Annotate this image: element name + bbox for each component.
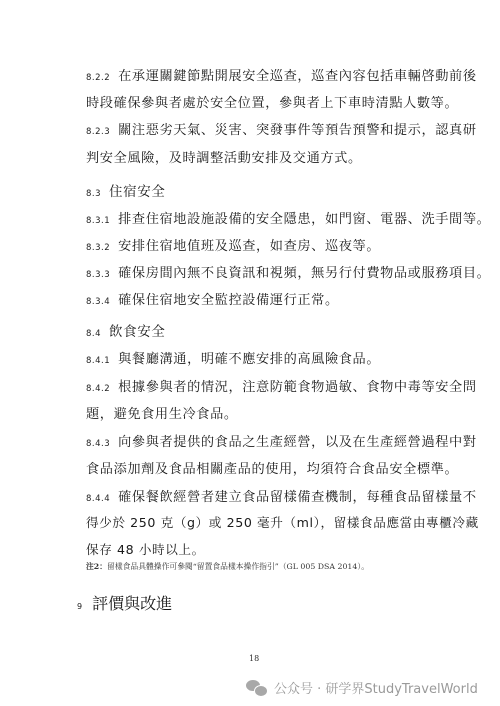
clause-8-4-1: 8.4.1與餐廳溝通，明確不應安排的高風險食品。 bbox=[86, 348, 380, 367]
footnote: 注2：留樣食品具體操作可參閱“留置食品樣本操作指引”（GL 005 DSA 20… bbox=[86, 561, 369, 572]
clause-8-2-3-cont: 判安全風險，及時調整活動安排及交通方式。 bbox=[86, 147, 362, 166]
wechat-icon bbox=[246, 680, 268, 696]
clause-8-3-1: 8.3.1排查住宿地設施設備的安全隱患，如門窗、電器、洗手間等。 bbox=[86, 208, 490, 227]
clause-8-2-3: 8.2.3關注惡劣天氣、災害、突發事件等預告預警和提示，認真研 bbox=[86, 119, 477, 138]
clause-8-2-2-cont: 時段確保參與者處於安全位置，參與者上下車時清點人數等。 bbox=[86, 92, 458, 111]
clause-8-3-4: 8.3.4確保住宿地安全監控設備運行正常。 bbox=[86, 289, 339, 308]
clause-8-4-2: 8.4.2根據參與者的情況，注意防範食物過敏、食物中毒等安全問 bbox=[86, 376, 477, 395]
clause-8-3-3: 8.3.3確保房間內無不良資訊和視頻，無另行付費物品或服務項目。 bbox=[86, 262, 490, 281]
clause-8-4-3-cont: 食品添加劑及食品相關產品的使用，均須符合食品安全標準。 bbox=[86, 458, 458, 477]
chapter-heading: 9評價與改進 bbox=[77, 591, 172, 614]
clause-8-4-4-cont1: 得少於 250 克（g）或 250 毫升（ml），留樣食品應當由專櫃冷藏 bbox=[86, 512, 479, 531]
watermark: 公众号 · 研学界StudyTravelWorld bbox=[246, 678, 478, 697]
clause-8-4-3: 8.4.3向參與者提供的食品之生產經營，以及在生產經營過程中對 bbox=[86, 431, 477, 450]
clause-8-3-2: 8.3.2安排住宿地值班及巡查，如查房、巡夜等。 bbox=[86, 235, 380, 254]
section-heading-8-4: 8.4飲食安全 bbox=[86, 320, 165, 340]
page-number: 18 bbox=[249, 654, 259, 663]
clause-8-2-2: 8.2.2在承運關鍵節點開展安全巡查，巡查內容包括車輛啓動前後 bbox=[86, 65, 477, 84]
section-heading-8-3: 8.3住宿安全 bbox=[86, 180, 165, 200]
clause-8-4-4-cont2: 保存 48 小時以上。 bbox=[86, 539, 205, 558]
clause-8-4-2-cont: 題，避免食用生冷食品。 bbox=[86, 403, 238, 422]
clause-8-4-4: 8.4.4確保餐飲經營者建立食品留樣備查機制，每種食品留樣量不 bbox=[86, 486, 477, 505]
